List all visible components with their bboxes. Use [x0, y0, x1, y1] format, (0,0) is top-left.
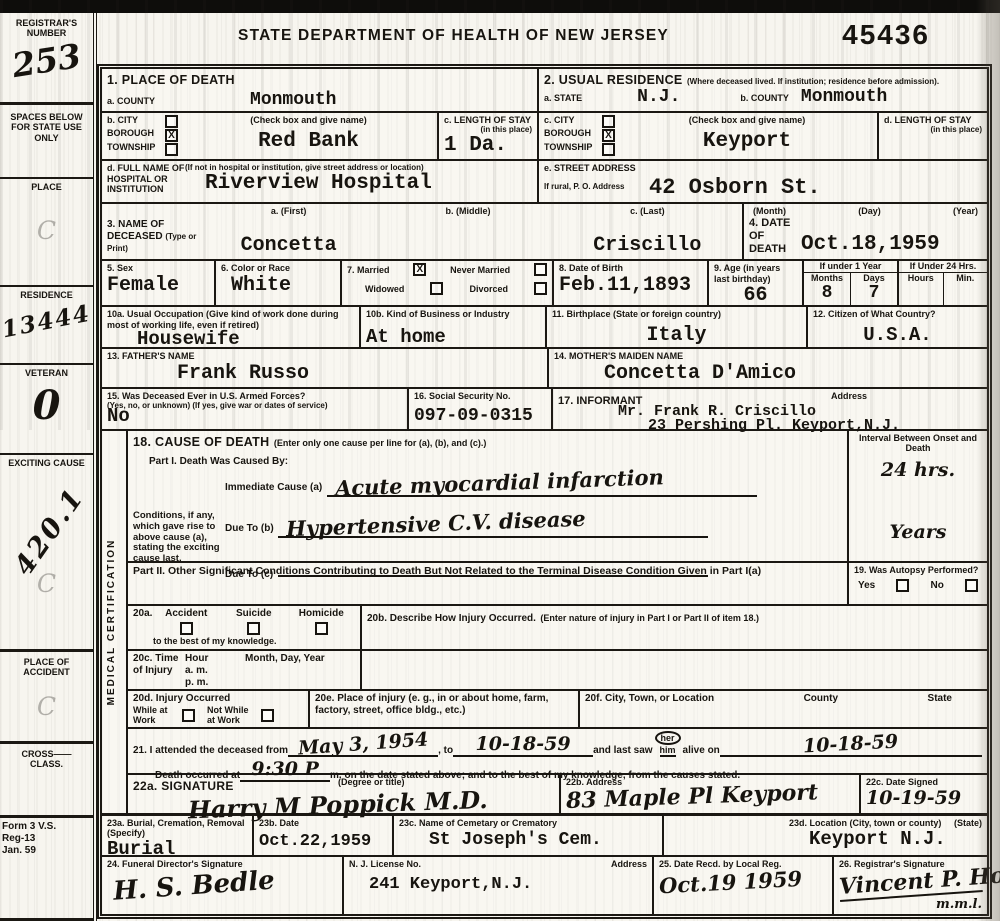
hours-col: Hours	[899, 273, 943, 305]
months-value: 8	[804, 283, 850, 303]
race-label: 6. Color or Race	[221, 263, 335, 273]
father-label: 13. FATHER'S NAME	[107, 351, 542, 361]
attended-from-line: May 3, 1954	[288, 733, 438, 757]
hospital-value: Riverview Hospital	[205, 172, 532, 195]
burial-state-label: (State)	[954, 818, 982, 828]
cemetery-value: St Joseph's Cem.	[429, 830, 657, 850]
under-1yr-group-cell: If under 1 Year Months 8 Days 7	[802, 261, 897, 305]
informant-address-label: Address	[831, 391, 867, 401]
physician-signature-cell: 22a. SIGNATURE (Degree or title) Harry M…	[128, 775, 559, 813]
signature-label: 22a. SIGNATURE	[133, 779, 234, 793]
accident-checkbox	[180, 622, 193, 635]
cemetery-label: 23c. Name of Cemetary or Crematory	[399, 818, 657, 828]
death-length-of-stay-cell: c. LENGTH OF STAY (in this place) 1 Da.	[437, 113, 537, 159]
sidebar-place-mark: C	[0, 216, 93, 245]
death-borough-label: BOROUGH	[107, 128, 165, 138]
place-of-death-header-cell: 1. PLACE OF DEATH a. COUNTY Monmouth	[102, 69, 537, 111]
state-use-sidebar: REGISTRAR'S NUMBER 253 SPACES BELOW FOR …	[0, 13, 97, 921]
death-township-checkbox	[165, 143, 178, 156]
burial-location-value: Keyport N.J.	[809, 828, 982, 850]
immediate-cause-value: Acute myocardial infarction	[334, 464, 664, 500]
sidebar-residence-value: 13444	[0, 300, 95, 344]
name-of-deceased-label: 3. NAME OF DECEASED (Type or Print)	[107, 219, 199, 257]
sidebar-place-of-accident-label: PLACE OF ACCIDENT	[0, 655, 93, 678]
item20f-label: 20f. City, Town, or Location	[585, 693, 714, 725]
death-certificate-scan: REGISTRAR'S NUMBER 253 SPACES BELOW FOR …	[0, 0, 1000, 921]
immediate-cause-line: Acute myocardial infarction	[327, 470, 757, 497]
due-to-b-label: Due To (b)	[225, 523, 274, 534]
sidebar-veteran-section: VETERAN 0	[0, 363, 93, 453]
last-name-value: Criscillo	[558, 234, 737, 257]
under-24hr-group-cell: If Under 24 Hrs. Hours Min.	[897, 261, 987, 305]
hospital-cell: d. FULL NAME OF HOSPITAL OR INSTITUTION …	[102, 161, 537, 202]
accident-suicide-homicide-cell: 20a. Accident Suicide Homicide	[128, 606, 360, 649]
time-of-injury-cell: 20c. Time of Injury Hour a. m. p. m. Mon…	[128, 651, 360, 689]
death-check-hint: (Check box and give name)	[185, 115, 432, 125]
sidebar-place-of-accident-mark: C	[0, 692, 93, 721]
burial-date-cell: 23b. Date Oct.22,1959	[252, 816, 392, 855]
row-20def: 20d. Injury Occurred While at Work Not W…	[128, 689, 987, 727]
immediate-cause-label: Immediate Cause (a)	[225, 482, 322, 493]
ssn-value: 097-09-0315	[414, 406, 546, 426]
sex-value: Female	[107, 274, 209, 297]
usual-residence-section-hint: (Where deceased lived. If institution; r…	[687, 77, 939, 86]
death-city-label: b. CITY	[107, 115, 165, 125]
age-value: 66	[714, 284, 797, 307]
row-parents: 13. FATHER'S NAME Frank Russo 14. MOTHER…	[102, 347, 987, 386]
middle-name-label: b. (Middle)	[378, 206, 557, 216]
due-to-b-line: Hypertensive C.V. disease	[278, 511, 708, 538]
father-name-cell: 13. FATHER'S NAME Frank Russo	[102, 349, 547, 386]
widowed-label: Widowed	[365, 284, 404, 294]
sex-label: 5. Sex	[107, 263, 209, 273]
mother-label: 14. MOTHER'S MAIDEN NAME	[554, 351, 982, 361]
place-of-injury-cell: 20e. Place of injury (e. g., in or about…	[308, 691, 578, 727]
registrar-signature-cell: 26. Registrar's Signature Vincent P. Hor…	[832, 857, 987, 914]
residence-township-checkbox	[602, 143, 615, 156]
scan-artifact-top-bar	[0, 0, 1000, 13]
to-label: , to	[438, 745, 453, 757]
date-signed-cell: 22c. Date Signed 10-19-59	[859, 775, 987, 813]
medical-certification-vertical-label: MEDICAL CERTIFICATION	[106, 538, 117, 705]
interval-header: Interval Between Onset and Death	[854, 433, 982, 454]
street-label: e. STREET ADDRESS	[544, 163, 649, 173]
sidebar-exciting-cause-label: EXCITING CAUSE	[0, 458, 93, 468]
death-county-label: a. COUNTY	[107, 96, 155, 106]
due-to-b-value: Hypertensive C.V. disease	[286, 505, 586, 540]
date-received-cell: 25. Date Recd. by Local Reg. Oct.19 1959	[652, 857, 832, 914]
residence-borough-checkbox: X	[602, 129, 615, 142]
sidebar-cross-class-label: CROSS—— CLASS.	[0, 747, 93, 770]
interval-b-value: Years	[854, 521, 982, 543]
days-value: 7	[851, 283, 897, 303]
street-address-cell: e. STREET ADDRESS If rural, P. O. Addres…	[537, 161, 987, 202]
never-married-label: Never Married	[450, 265, 510, 275]
medical-certification-block: MEDICAL CERTIFICATION 18. CAUSE OF DEATH…	[102, 429, 987, 813]
death-city-checkbox	[165, 115, 178, 128]
usual-residence-header-cell: 2. USUAL RESIDENCE (Where deceased lived…	[537, 69, 987, 111]
place-of-death-section-label: 1. PLACE OF DEATH	[107, 73, 235, 87]
hours-label: Hours	[899, 273, 943, 283]
days-col: Days 7	[850, 273, 897, 305]
industry-value: At home	[366, 326, 540, 348]
row-20c: 20c. Time of Injury Hour a. m. p. m. Mon…	[128, 649, 987, 689]
mother-value: Concetta D'Amico	[604, 362, 982, 385]
burial-date-value: Oct.22,1959	[259, 832, 387, 851]
informant-cell: 17. INFORMANT Address Mr. Frank R. Crisc…	[551, 389, 987, 429]
sidebar-exciting-cause-section: EXCITING CAUSE 420.1 C	[0, 453, 93, 649]
not-while-checkbox	[261, 709, 274, 722]
license-address-cell: N. J. License No. Address 241 Keyport,N.…	[342, 857, 652, 914]
form-id-line1: Form 3 V.S.	[2, 821, 91, 833]
dod-month-label: (Month)	[753, 206, 786, 216]
item20b-hint: (Enter nature of injury in Part I or Par…	[540, 613, 759, 623]
race-value: White	[231, 274, 335, 297]
form-id-line2: Reg-13	[2, 833, 91, 845]
divorced-checkbox	[534, 282, 547, 295]
while-at-work-checkbox	[182, 709, 195, 722]
her-him-choice: her him	[655, 731, 681, 757]
mdy-label: Month, Day, Year	[245, 653, 325, 687]
married-checkbox: X	[413, 263, 426, 276]
occupation-cell: 10a. Usual Occupation (Give kind of work…	[102, 307, 359, 347]
sidebar-place-of-accident-section: PLACE OF ACCIDENT C	[0, 649, 93, 741]
date-of-death-label: 4. DATE OF DEATH	[749, 217, 801, 257]
first-name-value: Concetta	[199, 234, 378, 257]
license-address-value: 241 Keyport,N.J.	[369, 875, 647, 894]
not-while-label: Not While at Work	[207, 705, 257, 726]
certificate-title: STATE DEPARTMENT OF HEALTH OF NEW JERSEY	[157, 27, 750, 45]
cause-label: 18. CAUSE OF DEATH	[133, 435, 269, 449]
registrar-number-value: 253	[0, 34, 95, 87]
residence-city-cell: c. CITY BOROUGH TOWNSHIP X (Check box an…	[537, 113, 877, 159]
describe-injury-cell: 20b. Describe How Injury Occurred. (Ente…	[360, 606, 987, 649]
armed-forces-label: 15. Was Deceased Ever in U.S. Armed Forc…	[107, 391, 402, 401]
row-hospital-street: d. FULL NAME OF HOSPITAL OR INSTITUTION …	[102, 159, 987, 202]
sidebar-place-section: PLACE C	[0, 177, 93, 285]
residence-city-checkbox	[602, 115, 615, 128]
item20b-label: 20b. Describe How Injury Occurred.	[367, 613, 536, 624]
homicide-checkbox	[315, 622, 328, 635]
death-township-label: TOWNSHIP	[107, 142, 165, 152]
sidebar-place-label: PLACE	[0, 182, 93, 192]
date-of-death-value: Oct.18,1959	[801, 233, 940, 256]
first-name-label: a. (First)	[199, 206, 378, 216]
race-cell: 6. Color or Race White	[214, 261, 340, 305]
citizen-value: U.S.A.	[813, 324, 982, 346]
funeral-director-cell: 24. Funeral Director's Signature H. S. B…	[102, 857, 342, 914]
citizen-label: 12. Citizen of What Country?	[813, 309, 982, 319]
under-24hr-label: If Under 24 Hrs.	[899, 261, 987, 272]
residence-stay-label: d. LENGTH OF STAY	[884, 115, 982, 125]
him-label: him	[660, 745, 676, 757]
age-cell: 9. Age (in years last birthday) 66	[707, 261, 802, 305]
row-occupation: 10a. Usual Occupation (Give kind of work…	[102, 305, 987, 347]
attended-to-line: 10-18-59	[453, 733, 593, 757]
degree-label: (Degree or title)	[338, 777, 405, 787]
married-label: Married	[357, 265, 390, 275]
widowed-checkbox	[430, 282, 443, 295]
item7-label: 7. Married	[347, 265, 390, 275]
death-city-cell: b. CITY BOROUGH TOWNSHIP X (Check box an…	[102, 113, 437, 159]
attended-cell: 21. I attended the deceased from May 3, …	[128, 729, 987, 773]
sidebar-form-id-box: Form 3 V.S. Reg-13 Jan. 59	[0, 815, 93, 921]
marital-status-cell: 7. Married X Never Married Widowed Divor…	[340, 261, 552, 305]
occupation-label: 10a. Usual Occupation (Give kind of work…	[107, 309, 354, 330]
medical-certification-vertical-label-col: MEDICAL CERTIFICATION	[102, 431, 128, 813]
row-21-attended: 21. I attended the deceased from May 3, …	[128, 727, 987, 773]
residence-length-of-stay-cell: d. LENGTH OF STAY (in this place)	[877, 113, 987, 159]
last-alive-value: 10-18-59	[803, 730, 899, 757]
date-of-death-cell: (Month) (Day) (Year) 4. DATE OF DEATH Oc…	[742, 204, 987, 259]
state-header: State	[928, 693, 952, 725]
suicide-label: Suicide	[220, 608, 288, 620]
dod-year-label: (Year)	[953, 206, 978, 216]
sidebar-residence-section: RESIDENCE 13444	[0, 285, 93, 363]
death-borough-checkbox: X	[165, 129, 178, 142]
last-saw-label: and last saw	[593, 745, 652, 757]
autopsy-label: 19. Was Autopsy Performed?	[854, 565, 982, 575]
residence-state-value: N.J.	[637, 87, 680, 107]
autopsy-yes-label: Yes	[858, 580, 875, 592]
residence-city-label: c. CITY	[544, 115, 602, 125]
father-value: Frank Russo	[177, 362, 542, 385]
row-22-signature: 22a. SIGNATURE (Degree or title) Harry M…	[128, 773, 987, 813]
residence-city-value: Keyport	[622, 130, 872, 153]
date-signed-value: 10-19-59	[866, 787, 982, 809]
sidebar-exciting-cause-value: 420.1	[9, 482, 91, 581]
burial-location-label: 23d. Location (City, town or county)	[789, 818, 941, 828]
state-use-label: SPACES BELOW FOR STATE USE ONLY	[0, 108, 93, 143]
injury-occurred-cell: 20d. Injury Occurred While at Work Not W…	[128, 691, 308, 727]
birthplace-label: 11. Birthplace (State or foreign country…	[552, 309, 801, 319]
never-married-checkbox	[534, 263, 547, 276]
part1-label: Part I. Death Was Caused By:	[149, 456, 288, 467]
row-city-borough: b. CITY BOROUGH TOWNSHIP X (Check box an…	[102, 111, 987, 159]
death-stay-value: 1 Da.	[444, 134, 532, 157]
item20c-label: 20c. Time of Injury	[133, 653, 185, 687]
license-label: N. J. License No.	[349, 859, 421, 869]
sidebar-veteran-value: 0	[0, 382, 93, 429]
name-of-deceased-cell: 3. NAME OF DECEASED (Type or Print) a. (…	[102, 204, 742, 259]
residence-county-label: b. COUNTY	[740, 93, 789, 103]
date-signed-label: 22c. Date Signed	[866, 777, 982, 787]
under-1yr-label: If under 1 Year	[804, 261, 897, 272]
sidebar-residence-label: RESIDENCE	[0, 290, 93, 300]
autopsy-cell: 19. Was Autopsy Performed? Yes No	[847, 563, 987, 604]
director-address-label: Address	[611, 859, 647, 869]
date-received-value: Oct.19 1959	[658, 865, 827, 899]
death-stay-label: c. LENGTH OF STAY	[444, 115, 532, 125]
certificate-header: STATE DEPARTMENT OF HEALTH OF NEW JERSEY…	[97, 13, 1000, 64]
street-hint: If rural, P. O. Address	[544, 182, 649, 191]
usual-residence-section-label: 2. USUAL RESIDENCE	[544, 73, 683, 87]
citizen-cell: 12. Citizen of What Country? U.S.A.	[806, 307, 987, 347]
certificate-number: 45436	[842, 19, 930, 51]
registrar-number-box: REGISTRAR'S NUMBER 253	[0, 13, 93, 105]
age-label: 9. Age (in years last birthday)	[714, 263, 797, 284]
dob-value: Feb.11,1893	[559, 274, 702, 297]
row-23-burial: 23a. Burial, Cremation, Removal (Specify…	[102, 813, 987, 855]
sidebar-state-use-section: SPACES BELOW FOR STATE USE ONLY	[0, 105, 93, 177]
attended-to-value: 10-18-59	[476, 733, 571, 755]
cause-of-death-row: 18. CAUSE OF DEATH (Enter only one cause…	[128, 431, 987, 561]
alive-on-label: alive on	[683, 745, 720, 757]
hospital-hint: (If not in hospital or institution, give…	[185, 163, 532, 172]
row-section-headers: 1. PLACE OF DEATH a. COUNTY Monmouth 2. …	[102, 69, 987, 111]
interval-a-value: 24 hrs.	[854, 459, 982, 481]
suicide-checkbox	[247, 622, 260, 635]
certificate-form: 1. PLACE OF DEATH a. COUNTY Monmouth 2. …	[97, 64, 992, 919]
death-city-value: Red Bank	[185, 130, 432, 153]
sidebar-cross-class-section: CROSS—— CLASS.	[0, 741, 93, 815]
residence-borough-label: BOROUGH	[544, 128, 602, 138]
residence-state-label: a. STATE	[544, 93, 582, 103]
autopsy-no-checkbox	[965, 579, 978, 592]
item20d-label: 20d. Injury Occurred	[133, 693, 303, 705]
name-label-text: 3. NAME OF DECEASED	[107, 219, 164, 242]
burial-date-label: 23b. Date	[259, 818, 387, 828]
months-label: Months	[804, 273, 850, 283]
cause-hint: (Enter only one cause per line for (a), …	[274, 438, 487, 448]
autopsy-no-label: No	[931, 580, 944, 592]
days-label: Days	[851, 273, 897, 283]
cause-of-death-cell: 18. CAUSE OF DEATH (Enter only one cause…	[128, 431, 847, 561]
row-service-informant: 15. Was Deceased Ever in U.S. Armed Forc…	[102, 387, 987, 429]
sex-cell: 5. Sex Female	[102, 261, 214, 305]
ssn-label: 16. Social Security No.	[414, 391, 546, 401]
her-label: her	[655, 731, 681, 745]
sidebar-veteran-label: VETERAN	[0, 368, 93, 378]
time-of-injury-blank-cell	[360, 651, 987, 689]
divorced-label: Divorced	[469, 284, 508, 294]
dod-day-label: (Day)	[858, 206, 881, 216]
birthplace-cell: 11. Birthplace (State or foreign country…	[545, 307, 806, 347]
hour-label: Hour	[185, 653, 245, 665]
dob-label: 8. Date of Birth	[559, 263, 702, 273]
armed-forces-cell: 15. Was Deceased Ever in U.S. Armed Forc…	[102, 389, 407, 429]
am-label: a. m.	[185, 665, 245, 677]
item20e-label: 20e. Place of injury (e. g., in or about…	[315, 693, 573, 717]
row-name-dod: 3. NAME OF DECEASED (Type or Print) a. (…	[102, 202, 987, 259]
burial-type-cell: 23a. Burial, Cremation, Removal (Specify…	[102, 816, 252, 855]
residence-township-label: TOWNSHIP	[544, 142, 602, 152]
burial-location-cell: 23d. Location (City, town or county) (St…	[662, 816, 987, 855]
min-label: Min.	[944, 273, 988, 283]
accident-label: Accident	[152, 608, 220, 620]
item21-prefix: 21. I attended the deceased from	[133, 745, 288, 757]
interval-column: Interval Between Onset and Death 24 hrs.…	[847, 431, 987, 561]
industry-label: 10b. Kind of Business or Industry	[366, 309, 540, 319]
occupation-value: Housewife	[137, 328, 354, 350]
dob-cell: 8. Date of Birth Feb.11,1893	[552, 261, 707, 305]
death-stay-hint: (in this place)	[444, 125, 532, 134]
part2-autopsy-row: Part II. Other Significant Conditions Co…	[128, 561, 987, 604]
attended-from-value: May 3, 1954	[297, 728, 429, 759]
industry-cell: 10b. Kind of Business or Industry At hom…	[359, 307, 545, 347]
burial-type-label: 23a. Burial, Cremation, Removal (Specify…	[107, 818, 247, 839]
part2-label: Part II. Other Significant Conditions Co…	[133, 565, 842, 578]
row-20ab: 20a. Accident Suicide Homicide	[128, 604, 987, 649]
residence-check-hint: (Check box and give name)	[622, 115, 872, 125]
row-vitals: 5. Sex Female 6. Color or Race White 7. …	[102, 259, 987, 305]
physician-address-cell: 22b. Address 83 Maple Pl Keyport	[559, 775, 859, 813]
injury-location-cell: 20f. City, Town, or Location County Stat…	[578, 691, 987, 727]
county-header: County	[804, 693, 838, 725]
last-name-label: c. (Last)	[558, 206, 737, 216]
row-24-footer: 24. Funeral Director's Signature H. S. B…	[102, 855, 987, 914]
birthplace-value: Italy	[552, 324, 801, 347]
form-id-line3: Jan. 59	[2, 845, 91, 857]
homicide-label: Homicide	[288, 608, 356, 620]
while-at-work-label: While at Work	[133, 705, 178, 726]
last-alive-line: 10-18-59	[720, 733, 982, 757]
autopsy-yes-checkbox	[896, 579, 909, 592]
street-value: 42 Osborn St.	[649, 175, 821, 200]
residence-stay-hint: (in this place)	[884, 125, 982, 134]
death-county-value: Monmouth	[250, 90, 336, 110]
hospital-label: d. FULL NAME OF HOSPITAL OR INSTITUTION	[107, 163, 185, 200]
ssn-cell: 16. Social Security No. 097-09-0315	[407, 389, 551, 429]
residence-county-value: Monmouth	[801, 87, 887, 107]
sidebar-exciting-cause-mark: C	[0, 569, 93, 598]
item20a-label: 20a.	[133, 608, 152, 638]
mother-name-cell: 14. MOTHER'S MAIDEN NAME Concetta D'Amic…	[547, 349, 987, 386]
months-col: Months 8	[804, 273, 850, 305]
pm-label: p. m.	[185, 677, 245, 689]
min-col: Min.	[943, 273, 988, 305]
cemetery-cell: 23c. Name of Cemetary or Crematory St Jo…	[392, 816, 662, 855]
part2-cell: Part II. Other Significant Conditions Co…	[128, 563, 847, 604]
